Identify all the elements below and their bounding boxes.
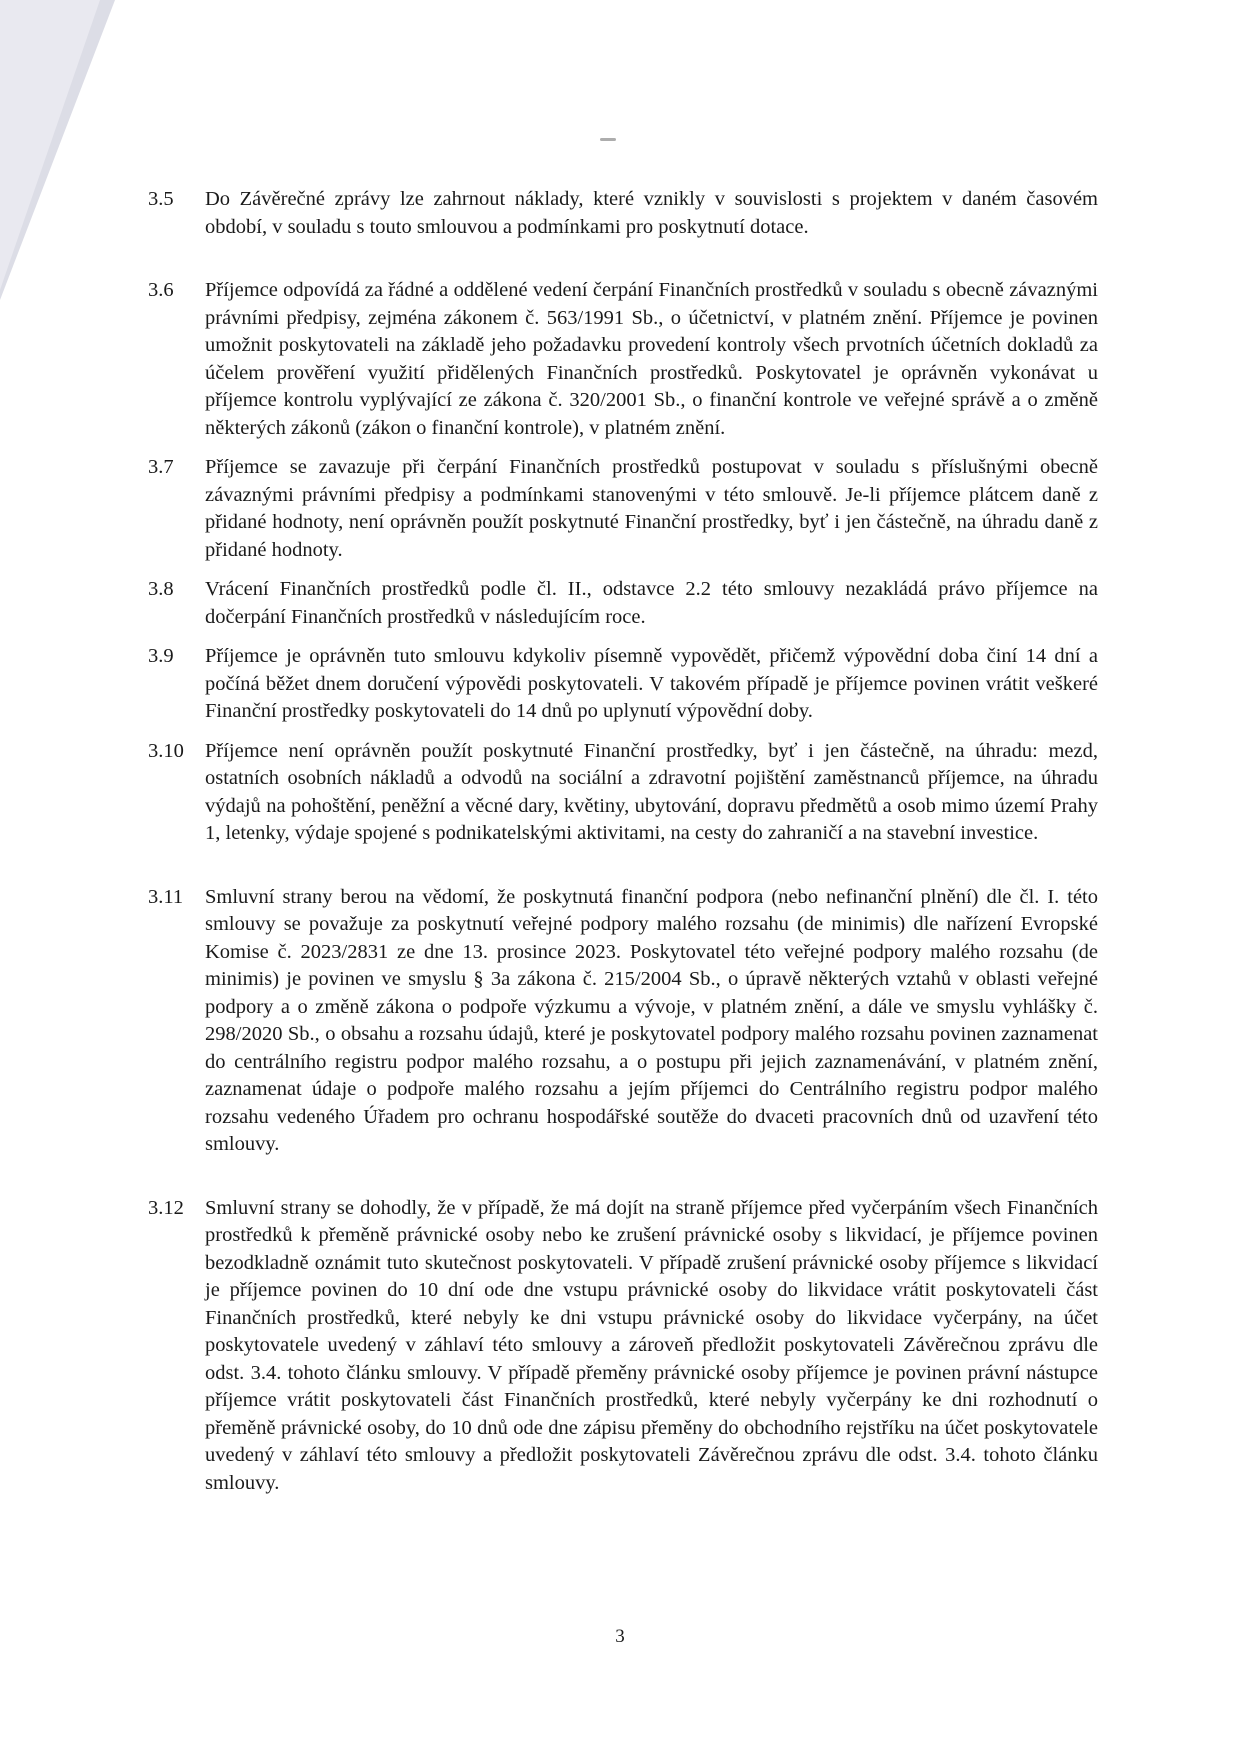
scan-shadow-artifact-inner bbox=[0, 0, 100, 290]
clause-number: 3.11 bbox=[148, 884, 205, 912]
clause-text: Vrácení Finančních prostředků podle čl. … bbox=[205, 576, 1098, 631]
clause-text: Příjemce odpovídá za řádné a oddělené ve… bbox=[205, 277, 1098, 442]
clause-3-12: 3.12 Smluvní strany se dohodly, že v pří… bbox=[148, 1195, 1098, 1498]
clause-text: Příjemce není oprávněn použít poskytnuté… bbox=[205, 738, 1098, 848]
document-page: 3.5 Do Závěrečné zprávy lze zahrnout nák… bbox=[148, 186, 1098, 1497]
page-number: 3 bbox=[0, 1626, 1240, 1648]
clause-3-6: 3.6 Příjemce odpovídá za řádné a oddělen… bbox=[148, 277, 1098, 442]
clause-text: Do Závěrečné zprávy lze zahrnout náklady… bbox=[205, 186, 1098, 241]
clause-number: 3.9 bbox=[148, 643, 205, 671]
clause-3-7: 3.7 Příjemce se zavazuje při čerpání Fin… bbox=[148, 454, 1098, 564]
clause-text: Smluvní strany se dohodly, že v případě,… bbox=[205, 1195, 1098, 1498]
clause-text: Smluvní strany berou na vědomí, že posky… bbox=[205, 884, 1098, 1159]
scan-speck bbox=[600, 138, 616, 141]
clause-number: 3.6 bbox=[148, 277, 205, 305]
clause-3-5: 3.5 Do Závěrečné zprávy lze zahrnout nák… bbox=[148, 186, 1098, 241]
clause-text: Příjemce je oprávněn tuto smlouvu kdykol… bbox=[205, 643, 1098, 726]
clause-text: Příjemce se zavazuje při čerpání Finančn… bbox=[205, 454, 1098, 564]
clause-3-8: 3.8 Vrácení Finančních prostředků podle … bbox=[148, 576, 1098, 631]
clause-3-11: 3.11 Smluvní strany berou na vědomí, že … bbox=[148, 884, 1098, 1159]
clause-number: 3.10 bbox=[148, 738, 205, 766]
clause-3-10: 3.10 Příjemce není oprávněn použít posky… bbox=[148, 738, 1098, 848]
clause-number: 3.8 bbox=[148, 576, 205, 604]
clause-number: 3.12 bbox=[148, 1195, 205, 1223]
clause-number: 3.7 bbox=[148, 454, 205, 482]
clause-number: 3.5 bbox=[148, 186, 205, 214]
clause-3-9: 3.9 Příjemce je oprávněn tuto smlouvu kd… bbox=[148, 643, 1098, 726]
